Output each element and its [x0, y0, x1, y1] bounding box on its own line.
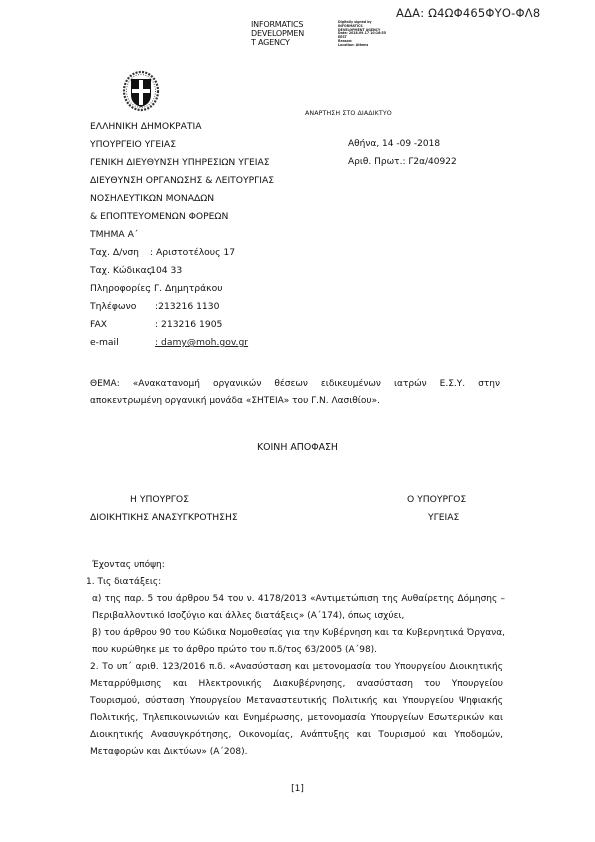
item-1b-paragraph: β) του άρθρου 90 του Κώδικα Νομοθεσίας γ…	[92, 625, 505, 659]
header-line-department: ΤΜΗΜΑ Α΄	[90, 229, 138, 240]
minister-left-title: Η ΥΠΟΥΡΓΟΣ	[130, 494, 189, 505]
subject-paragraph: ΘΕΜΑ: «Ανακατανομή οργανικών θέσεων ειδι…	[90, 376, 500, 410]
item-1a-paragraph: α) της παρ. 5 του άρθρου 54 του ν. 4178/…	[92, 591, 505, 625]
header-line-general-directorate: ΓΕΝΙΚΗ ΔΙΕΥΘΥΝΣΗ ΥΠΗΡΕΣΙΩΝ ΥΓΕΙΑΣ	[90, 157, 270, 168]
contact-label-email: e-mail	[90, 337, 119, 348]
email-link[interactable]: : damy@moh.gov.gr	[155, 337, 248, 348]
protocol-number: Αριθ. Πρωτ.: Γ2α/40922	[348, 157, 457, 167]
header-line-bodies: & ΕΠΟΠΤΕΥΟΜΕΝΩΝ ΦΟΡΕΩΝ	[90, 211, 228, 222]
page-number: [1]	[0, 784, 595, 794]
ada-code: ΑΔΑ: Ω4ΩΦ465ΦΥΟ-ΦΛ8	[396, 6, 540, 20]
ida-line: DEVELOPMEN	[251, 29, 304, 38]
contact-value-address: : Αριστοτέλους 17	[150, 247, 235, 258]
contact-label-phone: Τηλέφωνο	[90, 301, 136, 312]
item-2-paragraph: 2. Το υπ΄ αριθ. 123/2016 π.δ. «Ανασύστασ…	[90, 659, 503, 761]
document-date: Αθήνα, 14 -09 -2018	[348, 139, 440, 149]
ida-signature-label: INFORMATICS DEVELOPMEN T AGENCY	[251, 20, 304, 47]
contact-value-info: : Γ. Δημητράκου	[148, 283, 223, 294]
digital-signature-stamp: Digitally signed by INFORMATICS DEVELOPM…	[338, 21, 386, 48]
header-line-ministry: ΥΠΟΥΡΓΕΙΟ ΥΓΕΙΑΣ	[90, 139, 176, 150]
contact-label-info: Πληροφορίες	[90, 283, 151, 294]
contact-label-address: Ταχ. Δ/νση	[90, 247, 139, 258]
stamp-line: Location: Athens	[338, 44, 386, 48]
header-line-directorate: ΔΙΕΥΘΥΝΣΗ ΟΡΓΑΝΩΣΗΣ & ΛΕΙΤΟΥΡΓΙΑΣ	[90, 175, 274, 186]
contact-value-postcode: :104 33	[147, 265, 182, 276]
item-1-title: 1. Τις διατάξεις:	[86, 574, 499, 591]
publish-online-note: ΑΝΑΡΤΗΣΗ ΣΤΟ ΔΙΑΔΙΚΤΥΟ	[305, 110, 392, 117]
contact-value-phone: :213216 1130	[155, 301, 219, 312]
contact-value-fax: : 213216 1905	[155, 319, 222, 330]
contact-label-postcode: Ταχ. Κώδικας	[90, 265, 152, 276]
header-line-units: ΝΟΣΗΛΕΥΤΙΚΩΝ ΜΟΝΑΔΩΝ	[90, 193, 214, 204]
contact-label-fax: FAX	[90, 319, 107, 330]
considering-intro: Έχοντας υπόψη:	[92, 557, 505, 574]
greek-coat-of-arms-icon	[122, 69, 160, 113]
ida-line: T AGENCY	[251, 38, 304, 47]
minister-right-ministry: ΥΓΕΙΑΣ	[428, 512, 459, 523]
header-line-republic: ΕΛΛΗΝΙΚΗ ΔΗΜΟΚΡΑΤΙΑ	[90, 121, 202, 132]
minister-right-title: Ο ΥΠΟΥΡΓΟΣ	[407, 494, 466, 505]
decision-title: ΚΟΙΝΗ ΑΠΟΦΑΣΗ	[0, 442, 595, 453]
minister-left-ministry: ΔΙΟΙΚΗΤΙΚΗΣ ΑΝΑΣΥΓΚΡΟΤΗΣΗΣ	[90, 512, 238, 523]
ida-line: INFORMATICS	[251, 20, 304, 29]
